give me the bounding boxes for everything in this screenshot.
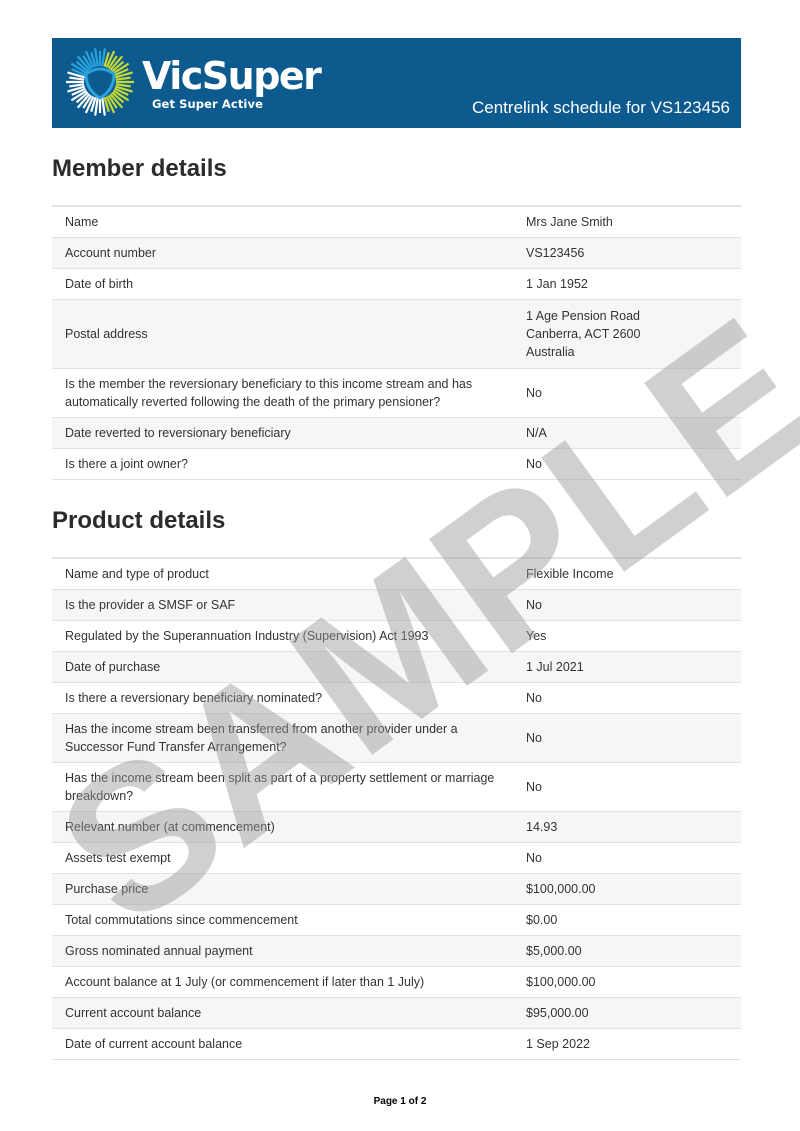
member-details-heading: Member details (52, 154, 227, 184)
row-value: No (512, 842, 741, 873)
row-value: $100,000.00 (512, 873, 741, 904)
table-row: Has the income stream been transferred f… (52, 713, 741, 762)
vicsuper-logo-icon (64, 46, 136, 118)
table-row: Has the income stream been split as part… (52, 762, 741, 811)
row-label: Date reverted to reversionary beneficiar… (52, 417, 512, 448)
table-row: Purchase price$100,000.00 (52, 873, 741, 904)
row-value: N/A (512, 417, 741, 448)
row-value: No (512, 682, 741, 713)
row-label: Has the income stream been split as part… (52, 762, 512, 811)
table-row: Total commutations since commencement$0.… (52, 904, 741, 935)
row-value: No (512, 762, 741, 811)
row-label: Account number (52, 237, 512, 268)
row-label: Name and type of product (52, 558, 512, 589)
row-label: Postal address (52, 299, 512, 368)
table-row: Account numberVS123456 (52, 237, 741, 268)
page-number: Page 1 of 2 (0, 1096, 800, 1107)
brand-name: VicSuper (142, 54, 320, 98)
row-value: Flexible Income (512, 558, 741, 589)
row-value: $5,000.00 (512, 935, 741, 966)
row-label: Current account balance (52, 997, 512, 1028)
row-value: Mrs Jane Smith (512, 206, 741, 237)
row-label: Relevant number (at commencement) (52, 811, 512, 842)
table-row: NameMrs Jane Smith (52, 206, 741, 237)
table-row: Name and type of productFlexible Income (52, 558, 741, 589)
row-value: 1 Jan 1952 (512, 268, 741, 299)
row-label: Purchase price (52, 873, 512, 904)
table-row: Is the provider a SMSF or SAFNo (52, 589, 741, 620)
row-value: 1 Sep 2022 (512, 1028, 741, 1059)
row-label: Is there a joint owner? (52, 448, 512, 479)
table-row: Regulated by the Superannuation Industry… (52, 620, 741, 651)
row-label: Assets test exempt (52, 842, 512, 873)
row-label: Date of current account balance (52, 1028, 512, 1059)
member-details-table: NameMrs Jane SmithAccount numberVS123456… (52, 205, 741, 480)
table-row: Current account balance$95,000.00 (52, 997, 741, 1028)
row-value: 1 Age Pension RoadCanberra, ACT 2600Aust… (512, 299, 741, 368)
table-row: Is the member the reversionary beneficia… (52, 368, 741, 417)
row-value: No (512, 713, 741, 762)
header-banner: VicSuper Get Super Active Centrelink sch… (52, 38, 741, 128)
table-row: Is there a joint owner?No (52, 448, 741, 479)
row-label: Regulated by the Superannuation Industry… (52, 620, 512, 651)
value-line: 1 Age Pension Road (526, 307, 728, 325)
row-label: Gross nominated annual payment (52, 935, 512, 966)
table-row: Date of purchase1 Jul 2021 (52, 651, 741, 682)
row-label: Total commutations since commencement (52, 904, 512, 935)
row-value: $100,000.00 (512, 966, 741, 997)
row-value: VS123456 (512, 237, 741, 268)
row-value: $0.00 (512, 904, 741, 935)
row-value: $95,000.00 (512, 997, 741, 1028)
table-row: Is there a reversionary beneficiary nomi… (52, 682, 741, 713)
table-row: Date reverted to reversionary beneficiar… (52, 417, 741, 448)
product-details-table: Name and type of productFlexible IncomeI… (52, 557, 741, 1060)
product-details-heading: Product details (52, 506, 225, 536)
value-line: Australia (526, 343, 728, 361)
table-row: Account balance at 1 July (or commenceme… (52, 966, 741, 997)
table-row: Relevant number (at commencement)14.93 (52, 811, 741, 842)
row-value: No (512, 589, 741, 620)
row-value: 1 Jul 2021 (512, 651, 741, 682)
table-row: Assets test exemptNo (52, 842, 741, 873)
brand-tagline: Get Super Active (152, 97, 263, 111)
document-title: Centrelink schedule for VS123456 (472, 98, 730, 118)
row-value: 14.93 (512, 811, 741, 842)
row-label: Date of purchase (52, 651, 512, 682)
row-label: Is the member the reversionary beneficia… (52, 368, 512, 417)
table-row: Postal address1 Age Pension RoadCanberra… (52, 299, 741, 368)
row-value: No (512, 368, 741, 417)
row-label: Account balance at 1 July (or commenceme… (52, 966, 512, 997)
table-row: Date of birth1 Jan 1952 (52, 268, 741, 299)
row-label: Has the income stream been transferred f… (52, 713, 512, 762)
row-value: No (512, 448, 741, 479)
row-label: Is the provider a SMSF or SAF (52, 589, 512, 620)
row-label: Date of birth (52, 268, 512, 299)
table-row: Date of current account balance1 Sep 202… (52, 1028, 741, 1059)
row-value: Yes (512, 620, 741, 651)
row-label: Name (52, 206, 512, 237)
table-row: Gross nominated annual payment$5,000.00 (52, 935, 741, 966)
value-line: Canberra, ACT 2600 (526, 325, 728, 343)
row-label: Is there a reversionary beneficiary nomi… (52, 682, 512, 713)
